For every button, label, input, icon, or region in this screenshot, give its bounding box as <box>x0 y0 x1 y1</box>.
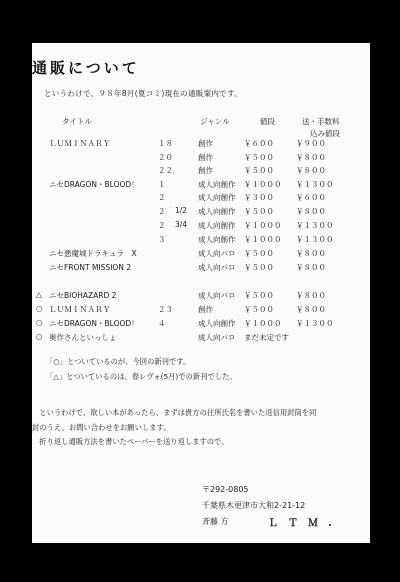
item-subvolume: 3/4 <box>175 220 187 229</box>
item-genre: 成人向創作 <box>198 234 236 245</box>
new-mark-icon: ○ <box>36 332 43 341</box>
paragraph-line-1: というわけで、欲しい本があったら、まずは貴方の住所氏名を書いた返信用封筒を同 <box>32 408 316 418</box>
page-title: 通販について <box>32 57 140 78</box>
item-price: ￥５００ <box>244 248 274 259</box>
item-total-price: ￥８００ <box>296 152 326 163</box>
item-price: ￥５００ <box>244 152 274 163</box>
item-price: ￥１０００ <box>244 234 282 245</box>
item-total-price: ￥１３００ <box>296 179 334 190</box>
item-genre: 成人向パロ <box>198 262 236 273</box>
item-total-price: ￥６００ <box>296 192 326 203</box>
item-price: ￥１０００ <box>244 220 282 231</box>
note-spring: 「△」とついているのは、春レヴォ(5月)での新刊でした。 <box>46 372 237 382</box>
item-price: ￥５００ <box>244 290 274 301</box>
item-total-price: ￥１３００ <box>296 220 334 231</box>
item-total-price: ￥８００ <box>296 206 326 217</box>
item-genre: 成人向創作 <box>198 220 236 231</box>
header-genre: ジャンル <box>200 116 230 127</box>
item-genre: 成人向創作 <box>198 179 236 190</box>
intro-text: というわけで、９８年8月(夏コミ)現在の通販案内です。 <box>44 88 242 99</box>
item-volume: １８ <box>158 138 173 149</box>
item-genre: 成人向創作 <box>198 206 236 217</box>
item-volume: ２０ <box>158 152 173 163</box>
item-genre: 創作 <box>198 138 213 149</box>
new-mark-icon: ○ <box>36 304 43 313</box>
item-price: ￥５００ <box>244 206 274 217</box>
item-total-price: ￥８００ <box>296 165 326 176</box>
item-volume: ２２ <box>158 165 173 176</box>
item-volume: １ <box>158 179 166 190</box>
item-price: ￥１０００ <box>244 179 282 190</box>
new-mark-icon: △ <box>36 290 42 299</box>
item-genre: 成人向創作 <box>198 318 236 329</box>
item-genre: 成人向パロ <box>198 248 236 259</box>
header-shipping: 送・手数料 <box>302 116 340 127</box>
document-page: 通販について というわけで、９８年8月(夏コミ)現在の通販案内です。 タイトル … <box>32 43 370 543</box>
item-title: ＬＵＭＩＮＡＲＹ <box>49 138 111 149</box>
item-total-price: ￥１３００ <box>296 318 334 329</box>
item-volume: ２ <box>158 220 166 231</box>
note-new: 「○」とついているのが、今回の新刊です。 <box>46 357 190 367</box>
circle-name: ＬＴＭ. <box>268 514 342 529</box>
item-title: ニセFRONT MISSION 2 <box>49 262 131 273</box>
item-volume: ２ <box>158 206 166 217</box>
item-volume: ４ <box>158 318 166 329</box>
item-price: ￥５００ <box>244 165 274 176</box>
item-total-price: ￥８００ <box>296 304 326 315</box>
header-title: タイトル <box>62 116 92 127</box>
item-title: ニセDRAGON・BLOOD！ <box>49 318 139 329</box>
item-total-price: ￥８００ <box>296 248 326 259</box>
care-of: 斉藤 方 <box>202 516 229 527</box>
item-title: ニセBIOHAZARD 2 <box>49 290 116 301</box>
item-volume: ２３ <box>158 304 173 315</box>
item-genre: 創作 <box>198 165 213 176</box>
postal-code: 〒292-0805 <box>202 484 249 495</box>
header-price: 値段 <box>260 116 275 127</box>
item-price: ￥１０００ <box>244 318 282 329</box>
paragraph-line-2: 封のうえ、お問い合わせをお願いします。 <box>32 423 171 433</box>
item-subvolume: 1/2 <box>175 206 187 215</box>
item-genre: 成人向創作 <box>198 192 236 203</box>
street-address: 千葉県木更津市大和2-21-12 <box>202 500 305 511</box>
item-genre: 成人向パロ <box>198 332 236 343</box>
item-genre: 成人向パロ <box>198 290 236 301</box>
item-price: ￥５００ <box>244 304 274 315</box>
item-title: ニセ悪魔城ドラキュラ X <box>49 248 137 259</box>
new-mark-icon: ○ <box>36 318 43 327</box>
item-volume: ２ <box>158 192 166 203</box>
item-total-price: ￥９００ <box>296 138 326 149</box>
item-total-price: ￥１３００ <box>296 234 334 245</box>
item-title: ＬＵＭＩＮＡＲＹ <box>49 304 111 315</box>
item-volume: ３ <box>158 234 166 245</box>
paragraph-line-3: 折り返し通販方法を書いたペーパーを送り返しますので。 <box>32 437 229 447</box>
item-price: ￥３００ <box>244 192 274 203</box>
item-genre: 創作 <box>198 152 213 163</box>
item-price: ￥５００ <box>244 262 274 273</box>
item-price: まだ未定です <box>244 332 289 343</box>
item-total-price: ￥８００ <box>296 290 326 301</box>
item-title: 奥作さんといっしょ <box>49 332 117 343</box>
item-title: ニセDRAGON・BLOOD！ <box>49 179 139 190</box>
item-price: ￥６００ <box>244 138 274 149</box>
item-total-price: ￥８００ <box>296 262 326 273</box>
item-genre: 創作 <box>198 304 213 315</box>
